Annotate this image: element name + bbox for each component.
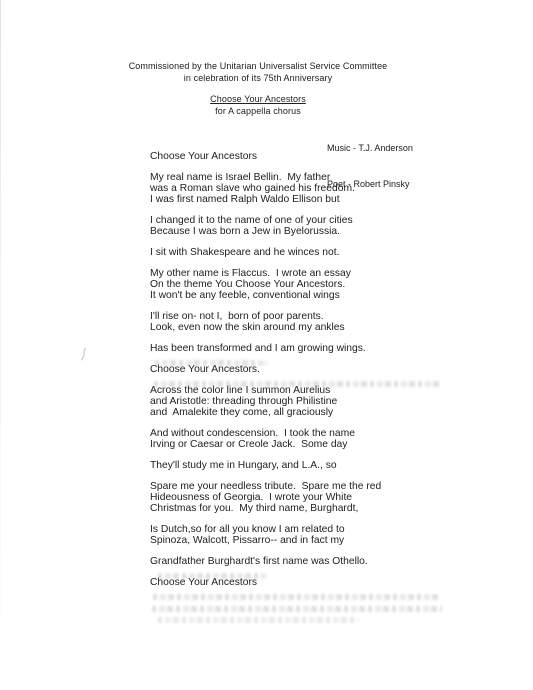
poem-line: was a Roman slave who gained his freedom… <box>150 183 355 194</box>
poem-line: On the theme You Choose Your Ancestors. <box>150 279 345 290</box>
pencil-mark-artifact <box>80 347 88 361</box>
commission-line-1: Commissioned by the Unitarian Universali… <box>0 60 516 72</box>
poem-line: Because I was born a Jew in Byelorussia. <box>150 226 340 237</box>
poem-line: And without condescension. I took the na… <box>150 428 355 439</box>
poem-stanza: Choose Your Ancestors <box>150 151 490 162</box>
scanned-document-page: Commissioned by the Unitarian Universali… <box>0 0 533 690</box>
poem-stanza: Grandfather Burghardt's first name was O… <box>150 556 490 567</box>
poem-line: I was first named Ralph Waldo Ellison bu… <box>150 194 340 205</box>
poem-stanza: They'll study me in Hungary, and L.A., s… <box>150 460 490 471</box>
poem-line: Hideousness of Georgia. I wrote your Whi… <box>150 492 352 503</box>
bleedthrough-line <box>153 594 439 600</box>
poem-line: My real name is Israel Bellin. My father <box>150 172 330 183</box>
poem-line: Has been transformed and I am growing wi… <box>150 343 366 354</box>
bleedthrough-line <box>155 360 267 366</box>
poem-stanza: Across the color line I summon Aurelius … <box>150 385 490 418</box>
poem-line: My other name is Flaccus. I wrote an ess… <box>150 268 351 279</box>
poem-stanza: I changed it to the name of one of your … <box>150 215 490 237</box>
bleedthrough-line <box>152 606 442 612</box>
poem-line: Is Dutch,so for all you know I am relate… <box>150 524 345 535</box>
document-header: Commissioned by the Unitarian Universali… <box>0 60 516 117</box>
poem-line: Spare me your needless tribute. Spare me… <box>150 481 381 492</box>
bleedthrough-line <box>158 573 266 579</box>
poem-body: Choose Your Ancestors My real name is Is… <box>150 151 490 598</box>
poem-line: Look, even now the skin around my ankles <box>150 322 345 333</box>
poem-line: and Aristotle: threading through Philist… <box>150 396 337 407</box>
poem-stanza: My real name is Israel Bellin. My father… <box>150 172 490 205</box>
bleedthrough-line <box>158 617 358 623</box>
poem-line: They'll study me in Hungary, and L.A., s… <box>150 460 337 471</box>
poem-line: Irving or Caesar or Creole Jack. Some da… <box>150 439 347 450</box>
poem-line: Spinoza, Walcott, Pissarro-- and in fact… <box>150 535 344 546</box>
poem-stanza: And without condescension. I took the na… <box>150 428 490 450</box>
document-title: Choose Your Ancestors <box>0 93 516 105</box>
poem-line: Choose Your Ancestors <box>150 151 257 162</box>
poem-stanza: My other name is Flaccus. I wrote an ess… <box>150 268 490 301</box>
poem-line: and Amalekite they come, all graciously <box>150 407 333 418</box>
poem-stanza: Spare me your needless tribute. Spare me… <box>150 481 490 514</box>
poem-line: It won't be any feeble, conventional win… <box>150 290 340 301</box>
poem-line: Christmas for you. My third name, Burgha… <box>150 503 358 514</box>
poem-line: I sit with Shakespeare and he winces not… <box>150 247 339 258</box>
poem-line: Grandfather Burghardt's first name was O… <box>150 556 368 567</box>
commission-line-2: in celebration of its 75th Anniversary <box>0 72 516 84</box>
bleedthrough-line <box>154 381 442 387</box>
poem-line: I changed it to the name of one of your … <box>150 215 353 226</box>
poem-line: I'll rise on- not I, born of poor parent… <box>150 311 324 322</box>
poem-stanza: I sit with Shakespeare and he winces not… <box>150 247 490 258</box>
poem-stanza: Is Dutch,so for all you know I am relate… <box>150 524 490 546</box>
poem-stanza: Has been transformed and I am growing wi… <box>150 343 490 354</box>
document-subtitle: for A cappella chorus <box>0 105 516 117</box>
poem-stanza: I'll rise on- not I, born of poor parent… <box>150 311 490 333</box>
